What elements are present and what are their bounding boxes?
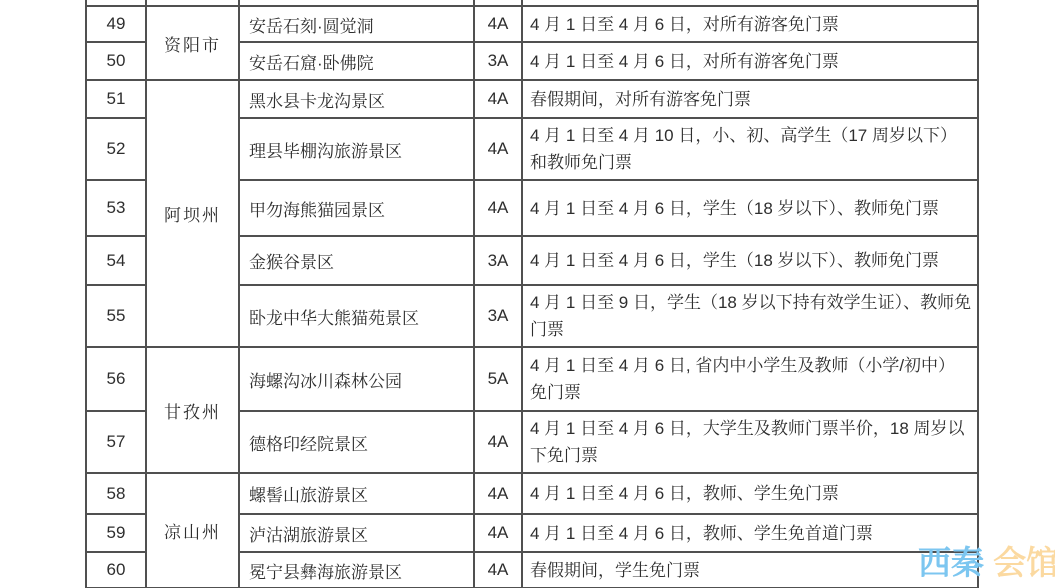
policy-cell: 4 月 1 日至 4 月 6 日，对所有游客免门票 [522, 42, 978, 80]
scenic-discount-table: 49资阳市安岳石刻·圆觉洞4A4 月 1 日至 4 月 6 日，对所有游客免门票… [85, 0, 979, 588]
rating-cell: 5A [474, 347, 522, 411]
table-row: 58凉山州螺髻山旅游景区4A4 月 1 日至 4 月 6 日，教师、学生免门票 [86, 473, 978, 514]
row-number-cell: 51 [86, 80, 146, 118]
rating-cell: 4A [474, 180, 522, 236]
policy-cell: 4 月 1 日至 4 月 6 日，大学生及教师门票半价，18 周岁以下免门票 [522, 411, 978, 473]
row-number-cell: 52 [86, 118, 146, 180]
scenic-name-cell: 德格印经院景区 [239, 411, 474, 473]
scenic-name-cell: 甲勿海熊猫园景区 [239, 180, 474, 236]
watermark: 西秦 会馆 [918, 544, 1055, 582]
rating-cell: 3A [474, 285, 522, 347]
policy-cell: 4 月 1 日至 9 日，学生（18 岁以下持有效学生证）、教师免门票 [522, 285, 978, 347]
watermark-blue-text: 西秦 [918, 544, 984, 581]
row-number-cell: 53 [86, 180, 146, 236]
scenic-table-body: 49资阳市安岳石刻·圆觉洞4A4 月 1 日至 4 月 6 日，对所有游客免门票… [86, 0, 978, 588]
rating-cell: 3A [474, 42, 522, 80]
watermark-orange-text: 会馆 [993, 544, 1055, 581]
table-row: 56甘孜州海螺沟冰川森林公园5A4 月 1 日至 4 月 6 日, 省内中小学生… [86, 347, 978, 411]
row-number-cell: 49 [86, 6, 146, 42]
rating-cell: 4A [474, 473, 522, 514]
row-number-cell: 50 [86, 42, 146, 80]
scenic-name-cell: 安岳石窟·卧佛院 [239, 42, 474, 80]
policy-cell: 4 月 1 日至 4 月 10 日，小、初、高学生（17 周岁以下）和教师免门票 [522, 118, 978, 180]
policy-cell: 春假期间，对所有游客免门票 [522, 80, 978, 118]
policy-cell: 4 月 1 日至 4 月 6 日，教师、学生免首道门票 [522, 514, 978, 552]
row-number-cell: 54 [86, 236, 146, 285]
scenic-name-cell: 黑水县卡龙沟景区 [239, 80, 474, 118]
city-cell: 凉山州 [146, 473, 239, 588]
rating-cell: 4A [474, 514, 522, 552]
scenic-name-cell: 卧龙中华大熊猫苑景区 [239, 285, 474, 347]
policy-cell: 春假期间，学生免门票 [522, 552, 978, 588]
rating-cell: 4A [474, 118, 522, 180]
rating-cell: 4A [474, 552, 522, 588]
city-cell: 甘孜州 [146, 347, 239, 473]
scenic-name-cell: 理县毕棚沟旅游景区 [239, 118, 474, 180]
table-row: 49资阳市安岳石刻·圆觉洞4A4 月 1 日至 4 月 6 日，对所有游客免门票 [86, 6, 978, 42]
row-number-cell: 57 [86, 411, 146, 473]
city-cell: 资阳市 [146, 6, 239, 80]
policy-cell: 4 月 1 日至 4 月 6 日，对所有游客免门票 [522, 6, 978, 42]
scenic-name-cell: 冕宁县彝海旅游景区 [239, 552, 474, 588]
table-row: 51阿坝州黑水县卡龙沟景区4A春假期间，对所有游客免门票 [86, 80, 978, 118]
policy-cell: 4 月 1 日至 4 月 6 日，学生（18 岁以下）、教师免门票 [522, 236, 978, 285]
policy-cell: 4 月 1 日至 4 月 6 日，教师、学生免门票 [522, 473, 978, 514]
scenic-name-cell: 泸沽湖旅游景区 [239, 514, 474, 552]
scenic-name-cell: 金猴谷景区 [239, 236, 474, 285]
rating-cell: 4A [474, 411, 522, 473]
row-number-cell: 55 [86, 285, 146, 347]
scenic-name-cell: 安岳石刻·圆觉洞 [239, 6, 474, 42]
rating-cell: 3A [474, 236, 522, 285]
scenic-name-cell: 螺髻山旅游景区 [239, 473, 474, 514]
row-number-cell: 56 [86, 347, 146, 411]
policy-cell: 4 月 1 日至 4 月 6 日，学生（18 岁以下）、教师免门票 [522, 180, 978, 236]
row-number-cell: 58 [86, 473, 146, 514]
row-number-cell: 59 [86, 514, 146, 552]
rating-cell: 4A [474, 80, 522, 118]
rating-cell: 4A [474, 6, 522, 42]
row-number-cell: 60 [86, 552, 146, 588]
city-cell: 阿坝州 [146, 80, 239, 347]
policy-cell: 4 月 1 日至 4 月 6 日, 省内中小学生及教师（小学/初中）免门票 [522, 347, 978, 411]
scenic-name-cell: 海螺沟冰川森林公园 [239, 347, 474, 411]
